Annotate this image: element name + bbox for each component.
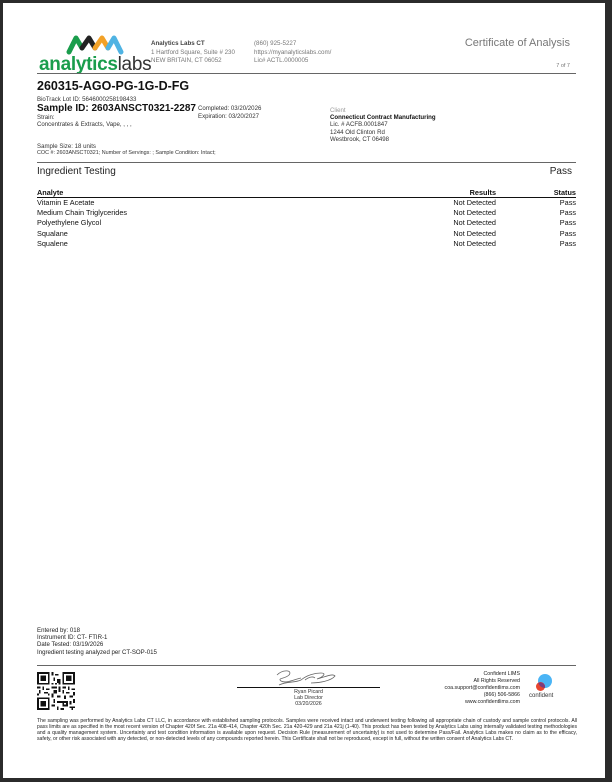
lab-license: Lic# ACTL.0000005 <box>254 57 331 66</box>
analyte-name: Squalane <box>37 229 366 239</box>
analyte-result: Not Detected <box>366 229 496 239</box>
logo-text-secondary: labs <box>118 54 152 75</box>
lab-name: Analytics Labs CT <box>151 40 235 49</box>
signature-date: 03/20/2026 <box>237 701 380 707</box>
lims-rights: All Rights Reserved <box>445 678 520 685</box>
analyte-status: Pass <box>496 239 576 249</box>
table-row: Squalene Not Detected Pass <box>37 239 576 249</box>
signature-line <box>237 687 380 688</box>
client-name: Connecticut Contract Manufacturing <box>330 114 436 121</box>
column-header-analyte: Analyte <box>37 189 366 198</box>
lab-address-line2: NEW BRITAIN, CT 06052 <box>151 57 235 66</box>
confident-logo-icon <box>534 672 554 694</box>
client-address-line1: 1244 Old Clinton Rd <box>330 129 436 136</box>
lab-website[interactable]: https://myanalyticslabs.com/ <box>254 49 331 58</box>
ingredient-results-table: Analyte Results Status Vitamin E Acetate… <box>37 189 576 249</box>
analyte-result: Not Detected <box>366 239 496 249</box>
analyte-name: Medium Chain Triglycerides <box>37 208 366 218</box>
analyte-status: Pass <box>496 218 576 228</box>
date-tested: Date Tested: 03/19/2026 <box>37 641 157 648</box>
lims-email[interactable]: coa.support@confidentlims.com <box>445 685 520 692</box>
client-label: Client <box>330 107 436 114</box>
certificate-page: analyticslabs Analytics Labs CT 1 Hartfo… <box>3 3 605 778</box>
completed-date: Completed: 03/20/2026 <box>198 105 261 112</box>
lims-website[interactable]: www.confidentlims.com <box>445 699 520 706</box>
analyte-result: Not Detected <box>366 218 496 228</box>
table-row: Vitamin E Acetate Not Detected Pass <box>37 198 576 209</box>
analyte-name: Polyethylene Glycol <box>37 218 366 228</box>
logo-text-primary: analytics <box>39 54 118 75</box>
instrument-id: Instrument ID: CT- FTIR-1 <box>37 634 157 641</box>
product-name: 260315-AGO-PG-1G-D-FG <box>37 79 189 93</box>
lab-address-line1: 1 Hartford Square, Suite # 230 <box>151 49 235 58</box>
entered-by: Entered by: 018 <box>37 627 157 634</box>
header-divider <box>37 73 576 74</box>
column-header-results: Results <box>366 189 496 198</box>
expiration-date: Expiration: 03/20/2027 <box>198 113 259 120</box>
logo-zigzag-icon <box>65 33 125 55</box>
analyte-name: Vitamin E Acetate <box>37 198 366 209</box>
table-row: Polyethylene Glycol Not Detected Pass <box>37 218 576 228</box>
legal-disclaimer: The sampling was performed by Analytics … <box>37 719 577 743</box>
qr-code-icon[interactable] <box>37 672 75 710</box>
lab-phone: (860) 925-5227 <box>254 40 331 49</box>
client-address-line2: Westbrook, CT 06498 <box>330 136 436 143</box>
analyte-name: Squalene <box>37 239 366 249</box>
test-method: Ingredient testing analyzed per CT-SOP-0… <box>37 649 157 656</box>
signature-image <box>271 667 341 689</box>
table-header-row: Analyte Results Status <box>37 189 576 198</box>
sample-id: Sample ID: 2603ANSCT0321-2287 <box>37 103 196 114</box>
analyte-status: Pass <box>496 208 576 218</box>
table-row: Squalane Not Detected Pass <box>37 229 576 239</box>
client-license: Lic. # ACFB.0001847 <box>330 121 436 128</box>
document-title: Certificate of Analysis <box>465 37 570 49</box>
analytics-labs-logo: analyticslabs <box>37 31 137 77</box>
analyte-status: Pass <box>496 229 576 239</box>
analyte-status: Pass <box>496 198 576 209</box>
overall-status: Pass <box>550 166 572 177</box>
analyte-result: Not Detected <box>366 208 496 218</box>
coc-info: COC #: 2603ANSCT0321; Number of Servings… <box>37 150 216 157</box>
section-title: Ingredient Testing <box>37 166 116 177</box>
product-category: Concentrates & Extracts, Vape, , , , <box>37 121 132 128</box>
table-row: Medium Chain Triglycerides Not Detected … <box>37 208 576 218</box>
analyte-result: Not Detected <box>366 198 496 209</box>
column-header-status: Status <box>496 189 576 198</box>
page-indicator: 7 of 7 <box>556 63 570 69</box>
confident-logo-text: confident <box>529 693 553 699</box>
lims-phone: (866) 506-5866 <box>445 692 520 699</box>
lims-name: Confident LIMS <box>445 671 520 678</box>
footer-divider <box>37 665 576 666</box>
section-divider <box>37 162 576 163</box>
